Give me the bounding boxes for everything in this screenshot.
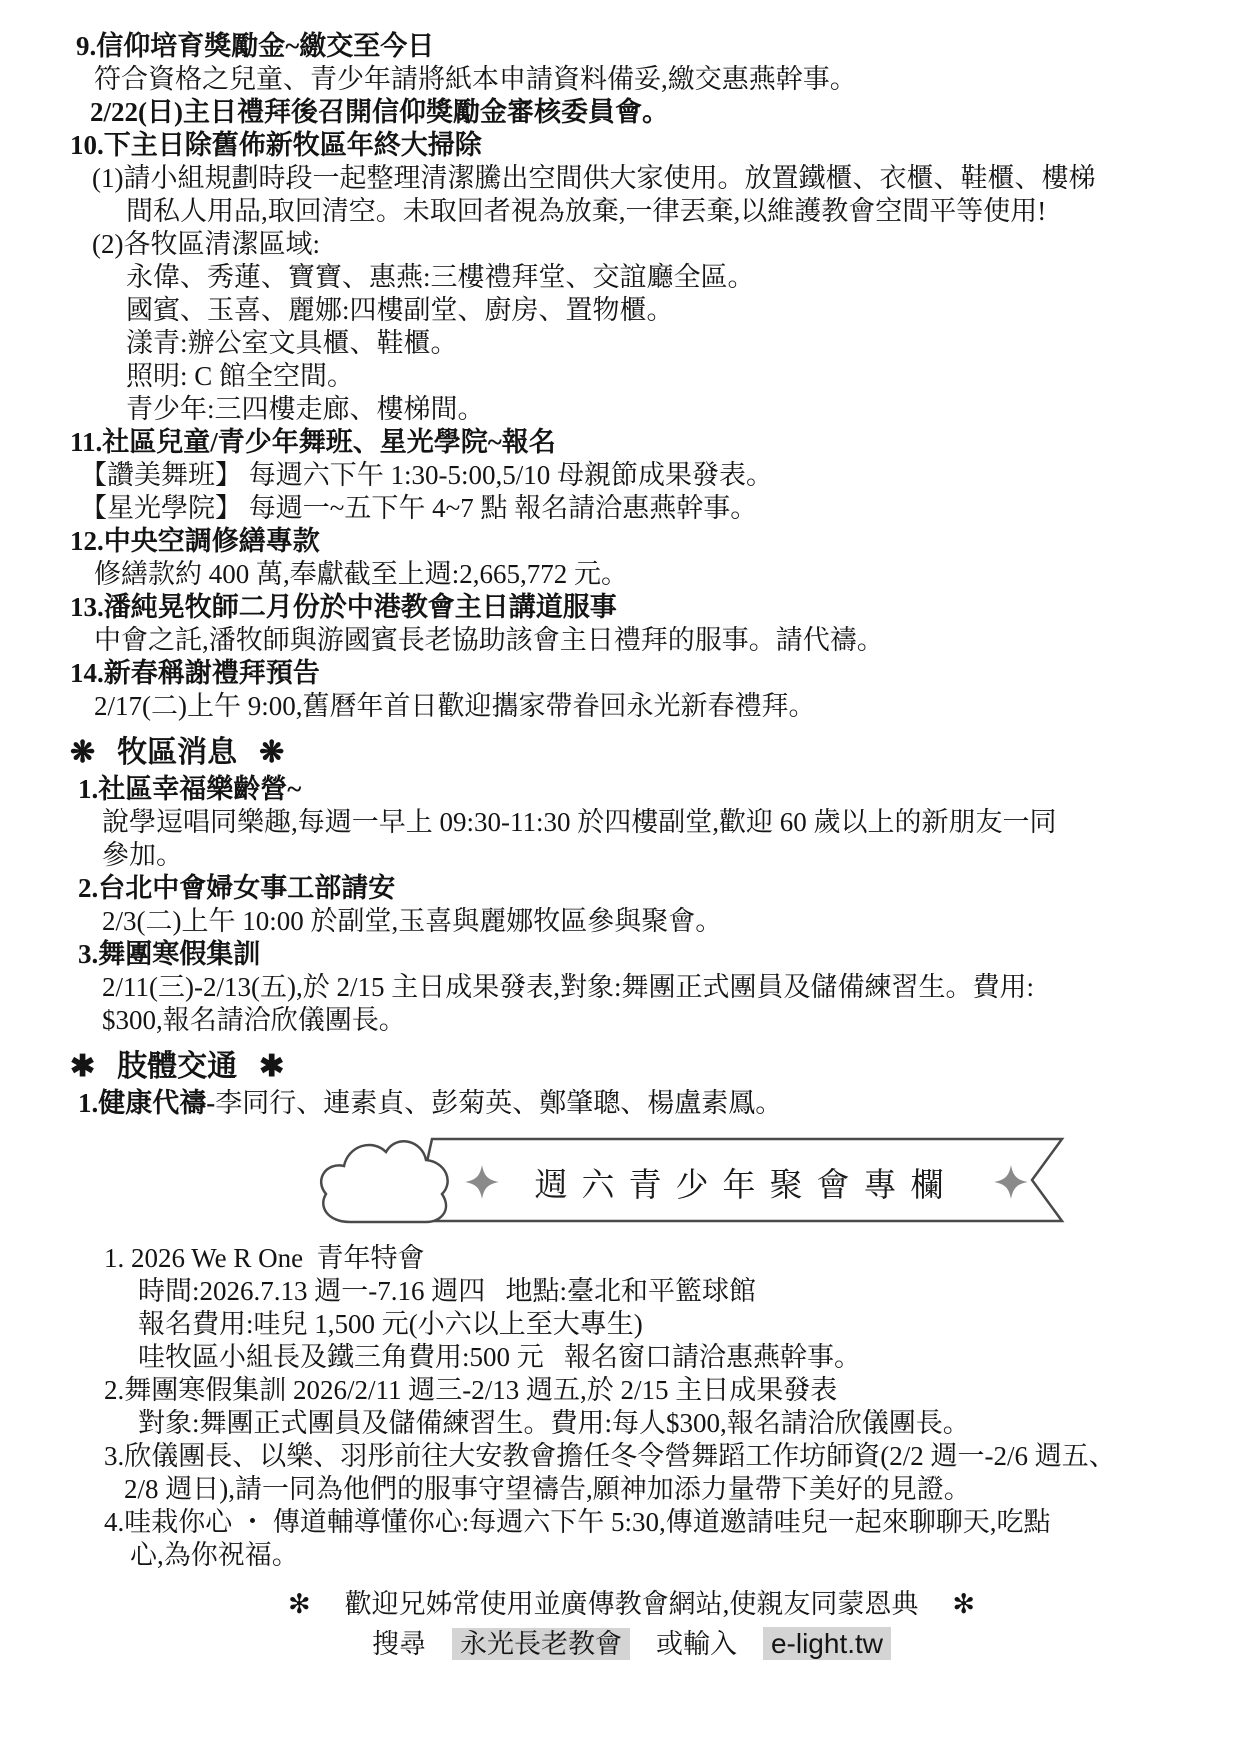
- parish-item-title: 1.社區幸福樂齡營~: [78, 773, 1193, 806]
- health-prayer-line: 1.健康代禱-李同行、連素貞、彭菊英、鄭肇聰、楊盧素鳳。: [78, 1087, 1193, 1120]
- zone-line: 青少年:三四樓走廊、樓梯間。: [126, 393, 1193, 426]
- asterisk-flower-icon: ✱: [259, 1050, 284, 1083]
- zone-line: 照明: C 館全空間。: [126, 360, 1193, 393]
- announcement-title: 14.新春稱謝禮拜預告: [70, 657, 1193, 690]
- announcement-line: 【讚美舞班】 每週六下午 1:30-5:00,5/10 母親節成果發表。: [80, 459, 1193, 492]
- zone-line: 國賓、玉喜、麗娜:四樓副堂、廚房、置物櫃。: [126, 294, 1193, 327]
- item-number: 12.: [70, 526, 104, 556]
- item-number: 1.: [78, 1088, 98, 1118]
- sparkle-icon: [994, 1165, 1028, 1199]
- announcement-line: (1)請小組規劃時段一起整理清潔騰出空間供大家使用。放置鐵櫃、衣櫃、鞋櫃、樓梯: [92, 162, 1193, 195]
- announcement-line-bold: 2/22(日)主日禮拜後召開信仰獎勵金審核委員會。: [90, 96, 1193, 129]
- item-number: 10.: [70, 130, 104, 160]
- youth-item-line: 4.哇栽你心 ・ 傳道輔導懂你心:每週六下午 5:30,傳道邀請哇兒一起來聊聊天…: [104, 1506, 1193, 1539]
- youth-item-line: 心,為你祝福。: [130, 1539, 1193, 1572]
- parish-news-items: 1.社區幸福樂齡營~ 說學逗唱同樂趣,每週一早上 09:30-11:30 於四樓…: [78, 773, 1193, 1037]
- saturday-youth-banner: 週六青少年聚會專欄: [310, 1134, 1080, 1226]
- announcement-line: 符合資格之兒童、青少年請將紙本申請資料備妥,繳交惠燕幹事。: [94, 63, 1193, 96]
- announcements-section: 9.信仰培育獎勵金~繳交至今日 符合資格之兒童、青少年請將紙本申請資料備妥,繳交…: [0, 0, 1241, 1663]
- footer-site-name: 永光長老教會: [452, 1628, 630, 1660]
- snowflake-flower-icon: ✻: [952, 1589, 975, 1619]
- item-number: 11.: [70, 427, 102, 457]
- sparkle-icon: [465, 1165, 499, 1199]
- parish-item-line: $300,報名請洽欣儀團長。: [102, 1004, 1193, 1037]
- youth-item-line: 對象:舞團正式團員及儲備練習生。費用:每人$300,報名請洽欣儀團長。: [138, 1407, 1193, 1440]
- item-number: 4.: [104, 1507, 124, 1537]
- youth-item-line: 哇牧區小組長及鐵三角費用:500 元 報名窗口請洽惠燕幹事。: [138, 1341, 1193, 1374]
- announcement-line: 2/17(二)上午 9:00,舊曆年首日歡迎攜家帶眷回永光新春禮拜。: [94, 690, 1193, 723]
- announcement-title: 9.信仰培育獎勵金~繳交至今日: [76, 30, 1193, 63]
- health-prayer-names: 李同行、連素貞、彭菊英、鄭肇聰、楊盧素鳳。: [215, 1088, 782, 1118]
- section-title: 肢體交通: [117, 1050, 237, 1083]
- item-number: 1.: [104, 1243, 131, 1273]
- body-fellowship-header: ✱肢體交通✱: [70, 1047, 1193, 1087]
- youth-item-line: 2/8 週日),請一同為他們的服事守望禱告,願神加添力量帶下美好的見證。: [124, 1473, 1193, 1506]
- flower-icon: ❋: [259, 736, 284, 769]
- zone-line: 永偉、秀蓮、寶寶、惠燕:三樓禮拜堂、交誼廳全區。: [126, 261, 1193, 294]
- item-number: 9.: [76, 31, 96, 61]
- health-prayer-label: 健康代禱-: [98, 1088, 215, 1118]
- item-number: 13.: [70, 592, 104, 622]
- youth-item-line: 2.舞團寒假集訓 2026/2/11 週三-2/13 週五,於 2/15 主日成…: [104, 1374, 1193, 1407]
- section-title: 牧區消息: [117, 736, 237, 769]
- parish-item-line: 參加。: [102, 839, 1193, 872]
- snowflake-flower-icon: ✻: [288, 1589, 311, 1619]
- youth-item-line: 報名費用:哇兒 1,500 元(小六以上至大專生): [138, 1308, 1193, 1341]
- announcement-line: (2)各牧區清潔區域:: [92, 228, 1193, 261]
- banner-content: 週六青少年聚會專欄: [430, 1140, 1062, 1224]
- bulletin-page: 9.信仰培育獎勵金~繳交至今日 符合資格之兒童、青少年請將紙本申請資料備妥,繳交…: [0, 0, 1241, 1755]
- announcement-title: 11.社區兒童/青少年舞班、星光學院~報名: [70, 426, 1193, 459]
- item-number: 3.: [78, 939, 98, 969]
- announcement-line: 【星光學院】 每週一~五下午 4~7 點 報名請洽惠燕幹事。: [80, 492, 1193, 525]
- announcement-line: 中會之託,潘牧師與游國賓長老協助該會主日禮拜的服事。請代禱。: [94, 624, 1193, 657]
- youth-item-line: 1. 2026 We R One 青年特會: [104, 1242, 1193, 1275]
- footer-search-line: 搜尋永光長老教會或輸入e-light.tw: [70, 1625, 1193, 1663]
- banner-title: 週六青少年聚會專欄: [535, 1159, 958, 1206]
- youth-item-line: 3.欣儀團長、以樂、羽彤前往大安教會擔任冬令營舞蹈工作坊師資(2/2 週一-2/…: [104, 1440, 1193, 1473]
- footer: ✻歡迎兄姊常使用並廣傳教會網站,使親友同蒙恩典✻ 搜尋永光長老教會或輸入e-li…: [70, 1586, 1193, 1663]
- parish-news-header: ❋牧區消息❋: [70, 733, 1193, 773]
- parish-item-title: 3.舞團寒假集訓: [78, 938, 1193, 971]
- announcement-line: 修繕款約 400 萬,奉獻截至上週:2,665,772 元。: [94, 558, 1193, 591]
- parish-item-line: 2/11(三)-2/13(五),於 2/15 主日成果發表,對象:舞團正式團員及…: [102, 971, 1193, 1004]
- footer-site-url: e-light.tw: [763, 1627, 891, 1660]
- parish-item-title: 2.台北中會婦女事工部請安: [78, 872, 1193, 905]
- footer-welcome-text: 歡迎兄姊常使用並廣傳教會網站,使親友同蒙恩典: [345, 1589, 919, 1619]
- item-number: 2.: [78, 873, 98, 903]
- item-number: 2.: [104, 1375, 124, 1405]
- parish-item-line: 2/3(二)上午 10:00 於副堂,玉喜與麗娜牧區參與聚會。: [102, 905, 1193, 938]
- footer-welcome-line: ✻歡迎兄姊常使用並廣傳教會網站,使親友同蒙恩典✻: [70, 1586, 1193, 1623]
- parish-item-line: 說學逗唱同樂趣,每週一早上 09:30-11:30 於四樓副堂,歡迎 60 歲以…: [102, 806, 1193, 839]
- saturday-youth-items: 1. 2026 We R One 青年特會 時間:2026.7.13 週一-7.…: [52, 1242, 1193, 1572]
- announcement-title: 13.潘純晃牧師二月份於中港教會主日講道服事: [70, 591, 1193, 624]
- asterisk-flower-icon: ✱: [70, 1050, 95, 1083]
- item-number: 14.: [70, 658, 104, 688]
- announcement-title: 10.下主日除舊佈新牧區年終大掃除: [70, 129, 1193, 162]
- item-number: 3.: [104, 1441, 124, 1471]
- flower-icon: ❋: [70, 736, 95, 769]
- item-number: 1.: [78, 774, 98, 804]
- youth-item-line: 時間:2026.7.13 週一-7.16 週四 地點:臺北和平籃球館: [138, 1275, 1193, 1308]
- announcement-line: 間私人用品,取回清空。未取回者視為放棄,一律丟棄,以維護教會空間平等使用!: [126, 195, 1193, 228]
- or-input-label: 或輸入: [656, 1629, 737, 1659]
- zone-line: 漾青:辦公室文具櫃、鞋櫃。: [126, 327, 1193, 360]
- search-label: 搜尋: [372, 1629, 426, 1659]
- announcement-title: 12.中央空調修繕專款: [70, 525, 1193, 558]
